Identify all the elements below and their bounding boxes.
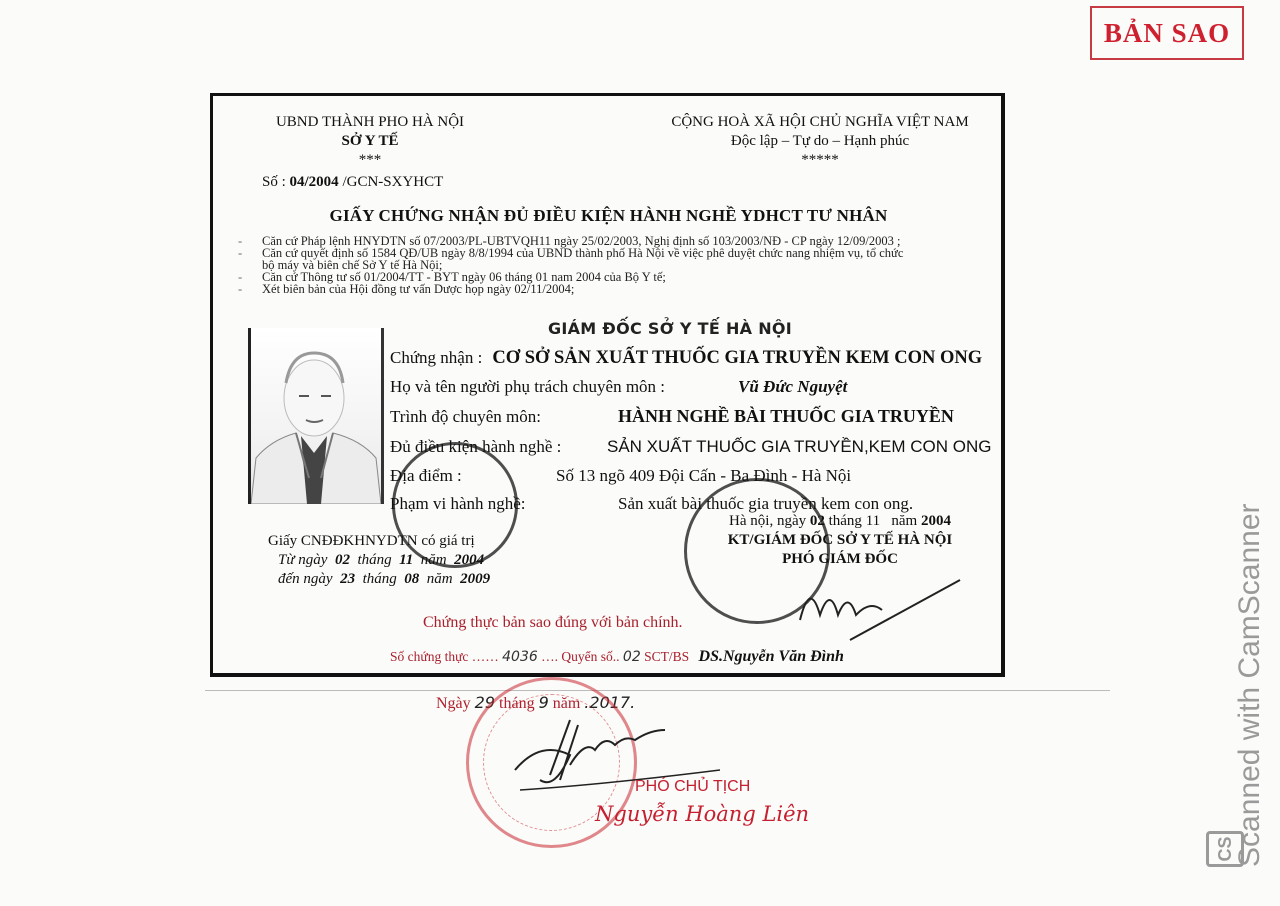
date-prefix: Ngày [436,695,471,712]
header-stars: *** [250,151,490,170]
place-date-prefix: Hà nội, ngày [729,513,806,529]
city-committee: UBND THÀNH PHO HÀ NỘI [250,113,490,132]
book-suffix: SCT/BS [644,649,689,664]
issue-year: 2004 [921,513,951,529]
to-year: 2009 [460,571,490,587]
person-label: Họ và tên người phụ trách chuyên môn : [390,377,665,397]
eligibility-value: SẢN XUẤT THUỐC GIA TRUYỀN,KEM CON ONG [607,437,991,457]
divider [205,690,1110,691]
certification-statement: Chứng thực bản sao đúng với bản chính. [423,614,683,632]
issue-day: 02 [810,513,825,529]
cert-number-label: Số chứng thực …… [390,649,499,664]
document-number: Số : 04/2004 /GCN-SXYHCT [262,174,443,191]
signature-block: Hà nội, ngày 02 tháng 11 năm 2004 KT/GIÁ… [655,512,1025,569]
certify-label: Chứng nhận : [390,348,482,367]
official-name: Nguyễn Hoàng Liên [595,802,809,826]
validity-label: Giấy CNĐĐKHNYDTN có giá trị [268,532,490,551]
certification-date: Ngày 29 tháng 9 năm .2017. [436,693,635,713]
document-title: GIẤY CHỨNG NHẬN ĐỦ ĐIỀU KIỆN HÀNH NGHỀ Y… [212,206,1005,226]
cert-number-value: 4036 [502,649,538,665]
number-suffix: /GCN-SXYHCT [342,174,443,190]
signer-name: DS.Nguyễn Văn Đình [699,648,844,665]
scope-label: Phạm vi hành nghề: [390,494,526,514]
address-value: Số 13 ngõ 409 Đội Cấn - Ba Đình - Hà Nội [556,466,851,486]
date-month-label: tháng [499,695,535,712]
person-portrait-icon [251,328,381,504]
certification-number: Số chứng thực …… 4036 …. Quyển số.. 02 S… [390,648,844,666]
from-month: 11 [399,552,413,568]
camscanner-logo-icon: CS [1206,831,1244,867]
year-label: năm [891,513,917,529]
national-header: CỘNG HOÀ XÃ HỘI CHỦ NGHĨA VIỆT NAM Độc l… [640,113,1000,170]
valid-to: đến ngày 23 tháng 08 năm 2009 [268,570,490,589]
book-label: …. Quyển số.. [541,649,619,664]
official-title: PHÓ CHỦ TỊCH [635,778,750,796]
from-month-label: tháng [357,552,391,568]
portrait-photo [248,328,384,504]
qualification-label: Trình độ chuyên môn: [390,407,541,427]
address-label: Địa điểm : [390,466,462,486]
from-day: 02 [335,552,350,568]
to-day: 23 [340,571,355,587]
copy-stamp: BẢN SAO [1090,6,1244,60]
department-name: SỞ Y TẾ [250,132,490,151]
to-month: 08 [404,571,419,587]
month-label: tháng [829,513,862,529]
person-value: Vũ Đức Nguyệt [738,377,847,397]
date-day: 29 [475,693,495,712]
to-prefix: đến ngày [278,571,333,587]
number-value: 04/2004 [290,174,339,190]
certify-value: CƠ SỞ SẢN XUẤT THUỐC GIA TRUYỀN KEM CON … [492,348,982,368]
national-motto: Độc lập – Tự do – Hạnh phúc [640,132,1000,151]
date-month: 9 [539,693,549,712]
scope-value: Sản xuất bài thuốc gia truyền kem con on… [618,494,913,514]
issue-month: 11 [866,513,880,529]
issuer-header: UBND THÀNH PHO HÀ NỘI SỞ Y TẾ *** [250,113,490,170]
legal-bases: Căn cứ Pháp lệnh HNYDTN số 07/2003/PL-UB… [262,235,903,295]
eligibility-label: Đủ điều kiện hành nghề : [390,437,561,457]
date-year-label: năm [553,695,581,712]
issue-date: Hà nội, ngày 02 tháng 11 năm 2004 [655,512,1025,531]
qualification-value: HÀNH NGHỀ BÀI THUỐC GIA TRUYỀN [618,406,954,427]
signer-subrole: PHÓ GIÁM ĐỐC [655,550,1025,569]
camscanner-watermark: Scanned with CamScanner [1233,447,1267,867]
to-year-label: năm [427,571,453,587]
book-value: 02 [623,649,641,665]
date-year: .2017. [584,693,635,712]
header-stars: ***** [640,151,1000,170]
from-year: 2004 [454,552,484,568]
signer-role: KT/GIÁM ĐỐC SỞ Y TẾ HÀ NỘI [655,531,1025,550]
certify-row: Chứng nhận :CƠ SỞ SẢN XUẤT THUỐC GIA TRU… [390,348,982,369]
issuer-heading: GIÁM ĐỐC SỞ Y TẾ HÀ NỘI [420,319,920,338]
valid-from: Từ ngày 02 tháng 11 năm 2004 [268,551,490,570]
country-name: CỘNG HOÀ XÃ HỘI CHỦ NGHĨA VIỆT NAM [640,113,1000,132]
from-prefix: Từ ngày [278,552,327,568]
number-prefix: Số : [262,174,286,190]
to-month-label: tháng [363,571,397,587]
from-year-label: năm [421,552,447,568]
validity-period: Giấy CNĐĐKHNYDTN có giá trị Từ ngày 02 t… [268,532,490,589]
legal-basis-item: Xét biên bản của Hội đồng tư vấn Dược họ… [262,283,903,295]
